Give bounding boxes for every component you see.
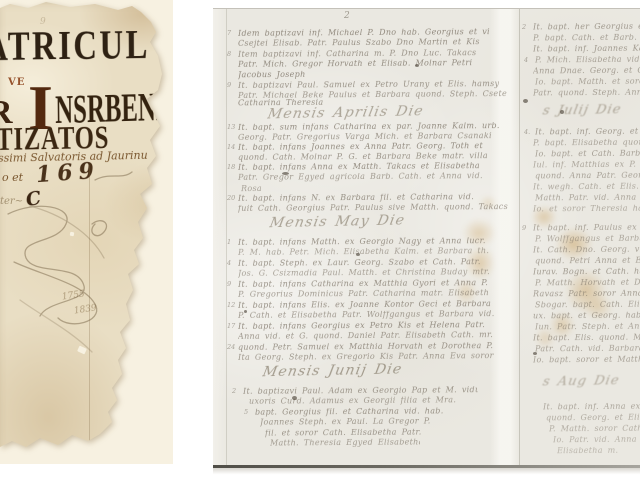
ink-speck <box>292 396 297 400</box>
fold-line <box>89 165 90 453</box>
screenshot-root: ATRICUL VE R I NSRBEND TIZATOS ssimi Sal… <box>0 0 640 480</box>
ink-specks <box>213 9 640 475</box>
ink-speck <box>523 99 528 103</box>
ink-speck <box>415 64 419 67</box>
ink-speck <box>533 352 537 355</box>
paper-chip <box>70 232 75 237</box>
left-document-photo: ATRICUL VE R I NSRBEND TIZATOS ssimi Sal… <box>0 0 173 464</box>
ink-speck <box>244 310 247 313</box>
ink-flourish-doodles <box>0 0 173 464</box>
ink-speck <box>356 253 360 256</box>
parchment-shadow: ATRICUL VE R I NSRBEND TIZATOS ssimi Sal… <box>0 0 173 464</box>
ink-speck <box>560 110 564 114</box>
bottom-edge-strip <box>213 468 640 476</box>
ink-speck <box>282 172 289 175</box>
torn-parchment: ATRICUL VE R I NSRBEND TIZATOS ssimi Sal… <box>0 0 173 464</box>
right-document-photo: 2 Idem baptizavi inf. Michael P. Dno hab… <box>213 8 640 475</box>
